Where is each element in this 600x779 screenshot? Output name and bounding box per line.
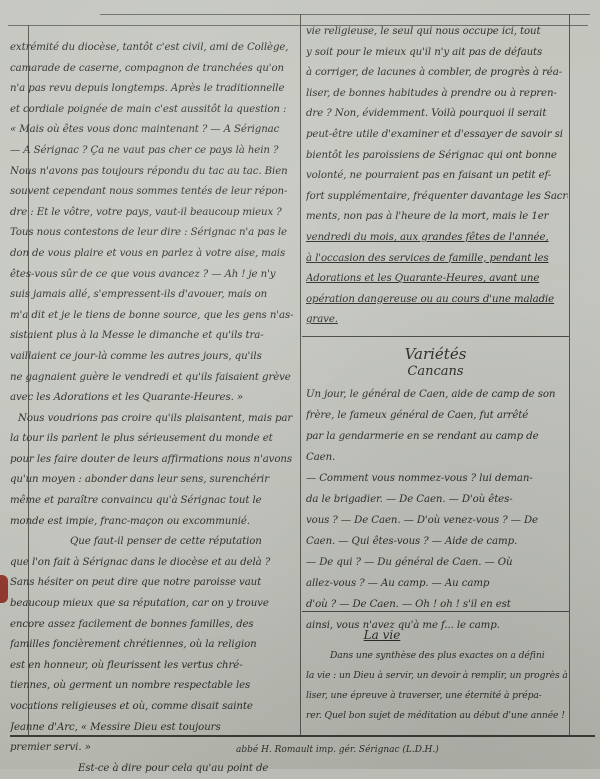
text-line: qu'un moyen : abonder dans leur sens, su… [10,470,300,491]
text-line: d'où ? — De Caen. — Oh ! oh ! s'il en es… [306,594,568,615]
text-line: — De qui ? — Du général de Caen. — Où [306,552,568,573]
text-line: Nous n'avons pas toujours répondu du tac… [10,162,300,183]
text-line: grave. [306,310,568,331]
text-line: Nous voudrions pas croire qu'ils plaisan… [10,409,300,430]
text-line: m'a dit et je le tiens de bonne source, … [10,306,300,327]
text-line: vaillaient ce jour-là comme les autres j… [10,347,300,368]
text-line: — Comment vous nommez-vous ? lui deman- [306,468,568,489]
thumb-edge [0,575,8,603]
text-line: monde est impie, franc-maçon ou excommun… [10,512,300,533]
text-line: Un jour, le général de Caen, aide de cam… [306,384,568,405]
text-line: peut-être utile d'examiner et d'essayer … [306,125,568,146]
text-line: ne gagnaient guère le vendredi et qu'ils… [10,368,300,389]
section-divider-varietes [302,336,569,337]
text-line: fort supplémentaire, fréquenter davantag… [306,187,568,208]
text-line: souvent cependant nous sommes tentés de … [10,182,300,203]
text-line: vendredi du mois, aux grandes fêtes de l… [306,228,568,249]
text-line: opération dangereuse ou au cours d'une m… [306,290,568,311]
text-line: vocations religieuses et où, comme disai… [10,697,300,718]
text-line: Tous nous contestons de leur dire : Séri… [10,223,300,244]
right-column-paragraph: vie religieuse, le seul qui nous occupe … [306,22,568,331]
right-margin-line [569,14,570,736]
top-rule [100,14,590,15]
text-line: frère, le fameux général de Caen, fut ar… [306,405,568,426]
la-vie-heading: La vie [302,628,462,642]
text-line: dre : Et le vôtre, votre pays, vaut-il b… [10,203,300,224]
varietes-heading: Variétés [302,345,569,363]
text-line: par la gendarmerie en se rendant au camp… [306,426,568,447]
printer-imprint: abbé H. Romault imp. gér. Sérignac (L.D.… [236,745,439,755]
text-line: allez-vous ? — Au camp. — Au camp [306,573,568,594]
text-line: Est-ce à dire pour cela qu'au point de [10,759,300,769]
text-line: Jeanne d'Arc, « Messire Dieu est toujour… [10,718,300,739]
document-page: extrémité du diocèse, tantôt c'est civil… [0,0,600,769]
text-line: camarade de caserne, compagnon de tranch… [10,59,300,80]
text-line: liser, de bonnes habitudes à prendre ou … [306,84,568,105]
cancans-text: Un jour, le général de Caen, aide de cam… [306,384,568,636]
text-line: y soit pour le mieux qu'il n'y ait pas d… [306,43,568,64]
text-line: dre ? Non, évidemment. Voilà pourquoi il… [306,104,568,125]
text-line: sistaient plus à la Messe le dimanche et… [10,326,300,347]
text-line: Dans une synthèse des plus exactes on a … [306,646,568,666]
text-line: Adorations et les Quarante-Heures, avant… [306,269,568,290]
text-line: Sans hésiter on peut dire que notre paro… [10,573,300,594]
text-line: vous ? — De Caen. — D'où venez-vous ? — … [306,510,568,531]
text-line: pour les faire douter de leurs affirmati… [10,450,300,471]
text-line: rer. Quel bon sujet de méditation au déb… [306,706,568,726]
text-line: la tour ils parlent le plus sérieusement… [10,429,300,450]
text-line: Caen. — Qui êtes-vous ? — Aide de camp. [306,531,568,552]
text-line: à corriger, de lacunes à combler, de pro… [306,63,568,84]
text-line: n'a pas revu depuis longtemps. Après le … [10,79,300,100]
text-line: beaucoup mieux que sa réputation, car on… [10,594,300,615]
text-line: — A Sérignac ? Ça ne vaut pas cher ce pa… [10,141,300,162]
column-divider [300,14,301,736]
text-line: la vie : un Dieu à servir, un devoir à r… [306,666,568,686]
text-line: don de vous plaire et vous en parlez à v… [10,244,300,265]
left-column: extrémité du diocèse, tantôt c'est civil… [10,38,300,769]
text-line: suis jamais allé, s'empressent-ils d'avo… [10,285,300,306]
text-line: « Mais où êtes vous donc maintenant ? — … [10,120,300,141]
text-line: êtes-vous sûr de ce que vous avancez ? —… [10,265,300,286]
text-line: est en honneur, où fleurissent les vertu… [10,656,300,677]
text-line: tiennes, où germent un nombre respectabl… [10,676,300,697]
text-line: encore assez facilement de bonnes famill… [10,615,300,636]
cancans-subheading: Cancans [302,364,569,379]
text-line: Que faut-il penser de cette réputation [10,532,300,553]
text-line: avec les Adorations et les Quarante-Heur… [10,388,300,409]
text-line: Caen. [306,447,568,468]
text-line: à l'occasion des services de famille, pe… [306,249,568,270]
text-line: même et paraître convaincu qu'à Sérignac… [10,491,300,512]
text-line: ments, non pas à l'heure de la mort, mai… [306,207,568,228]
text-line: que l'on fait à Sérignac dans le diocèse… [10,553,300,574]
text-line: da le brigadier. — De Caen. — D'où êtes- [306,489,568,510]
text-line: extrémité du diocèse, tantôt c'est civil… [10,38,300,59]
text-line: bientôt les paroissiens de Sérignac qui … [306,146,568,167]
text-line: et cordiale poignée de main c'est aussit… [10,100,300,121]
text-line: familles foncièrement chrétiennes, où la… [10,635,300,656]
text-line: vie religieuse, le seul qui nous occupe … [306,22,568,43]
text-line: volonté, ne pourraient pas en faisant un… [306,166,568,187]
text-line: liser, une épreuve à traverser, une éter… [306,686,568,706]
la-vie-text: Dans une synthèse des plus exactes on a … [306,646,568,726]
